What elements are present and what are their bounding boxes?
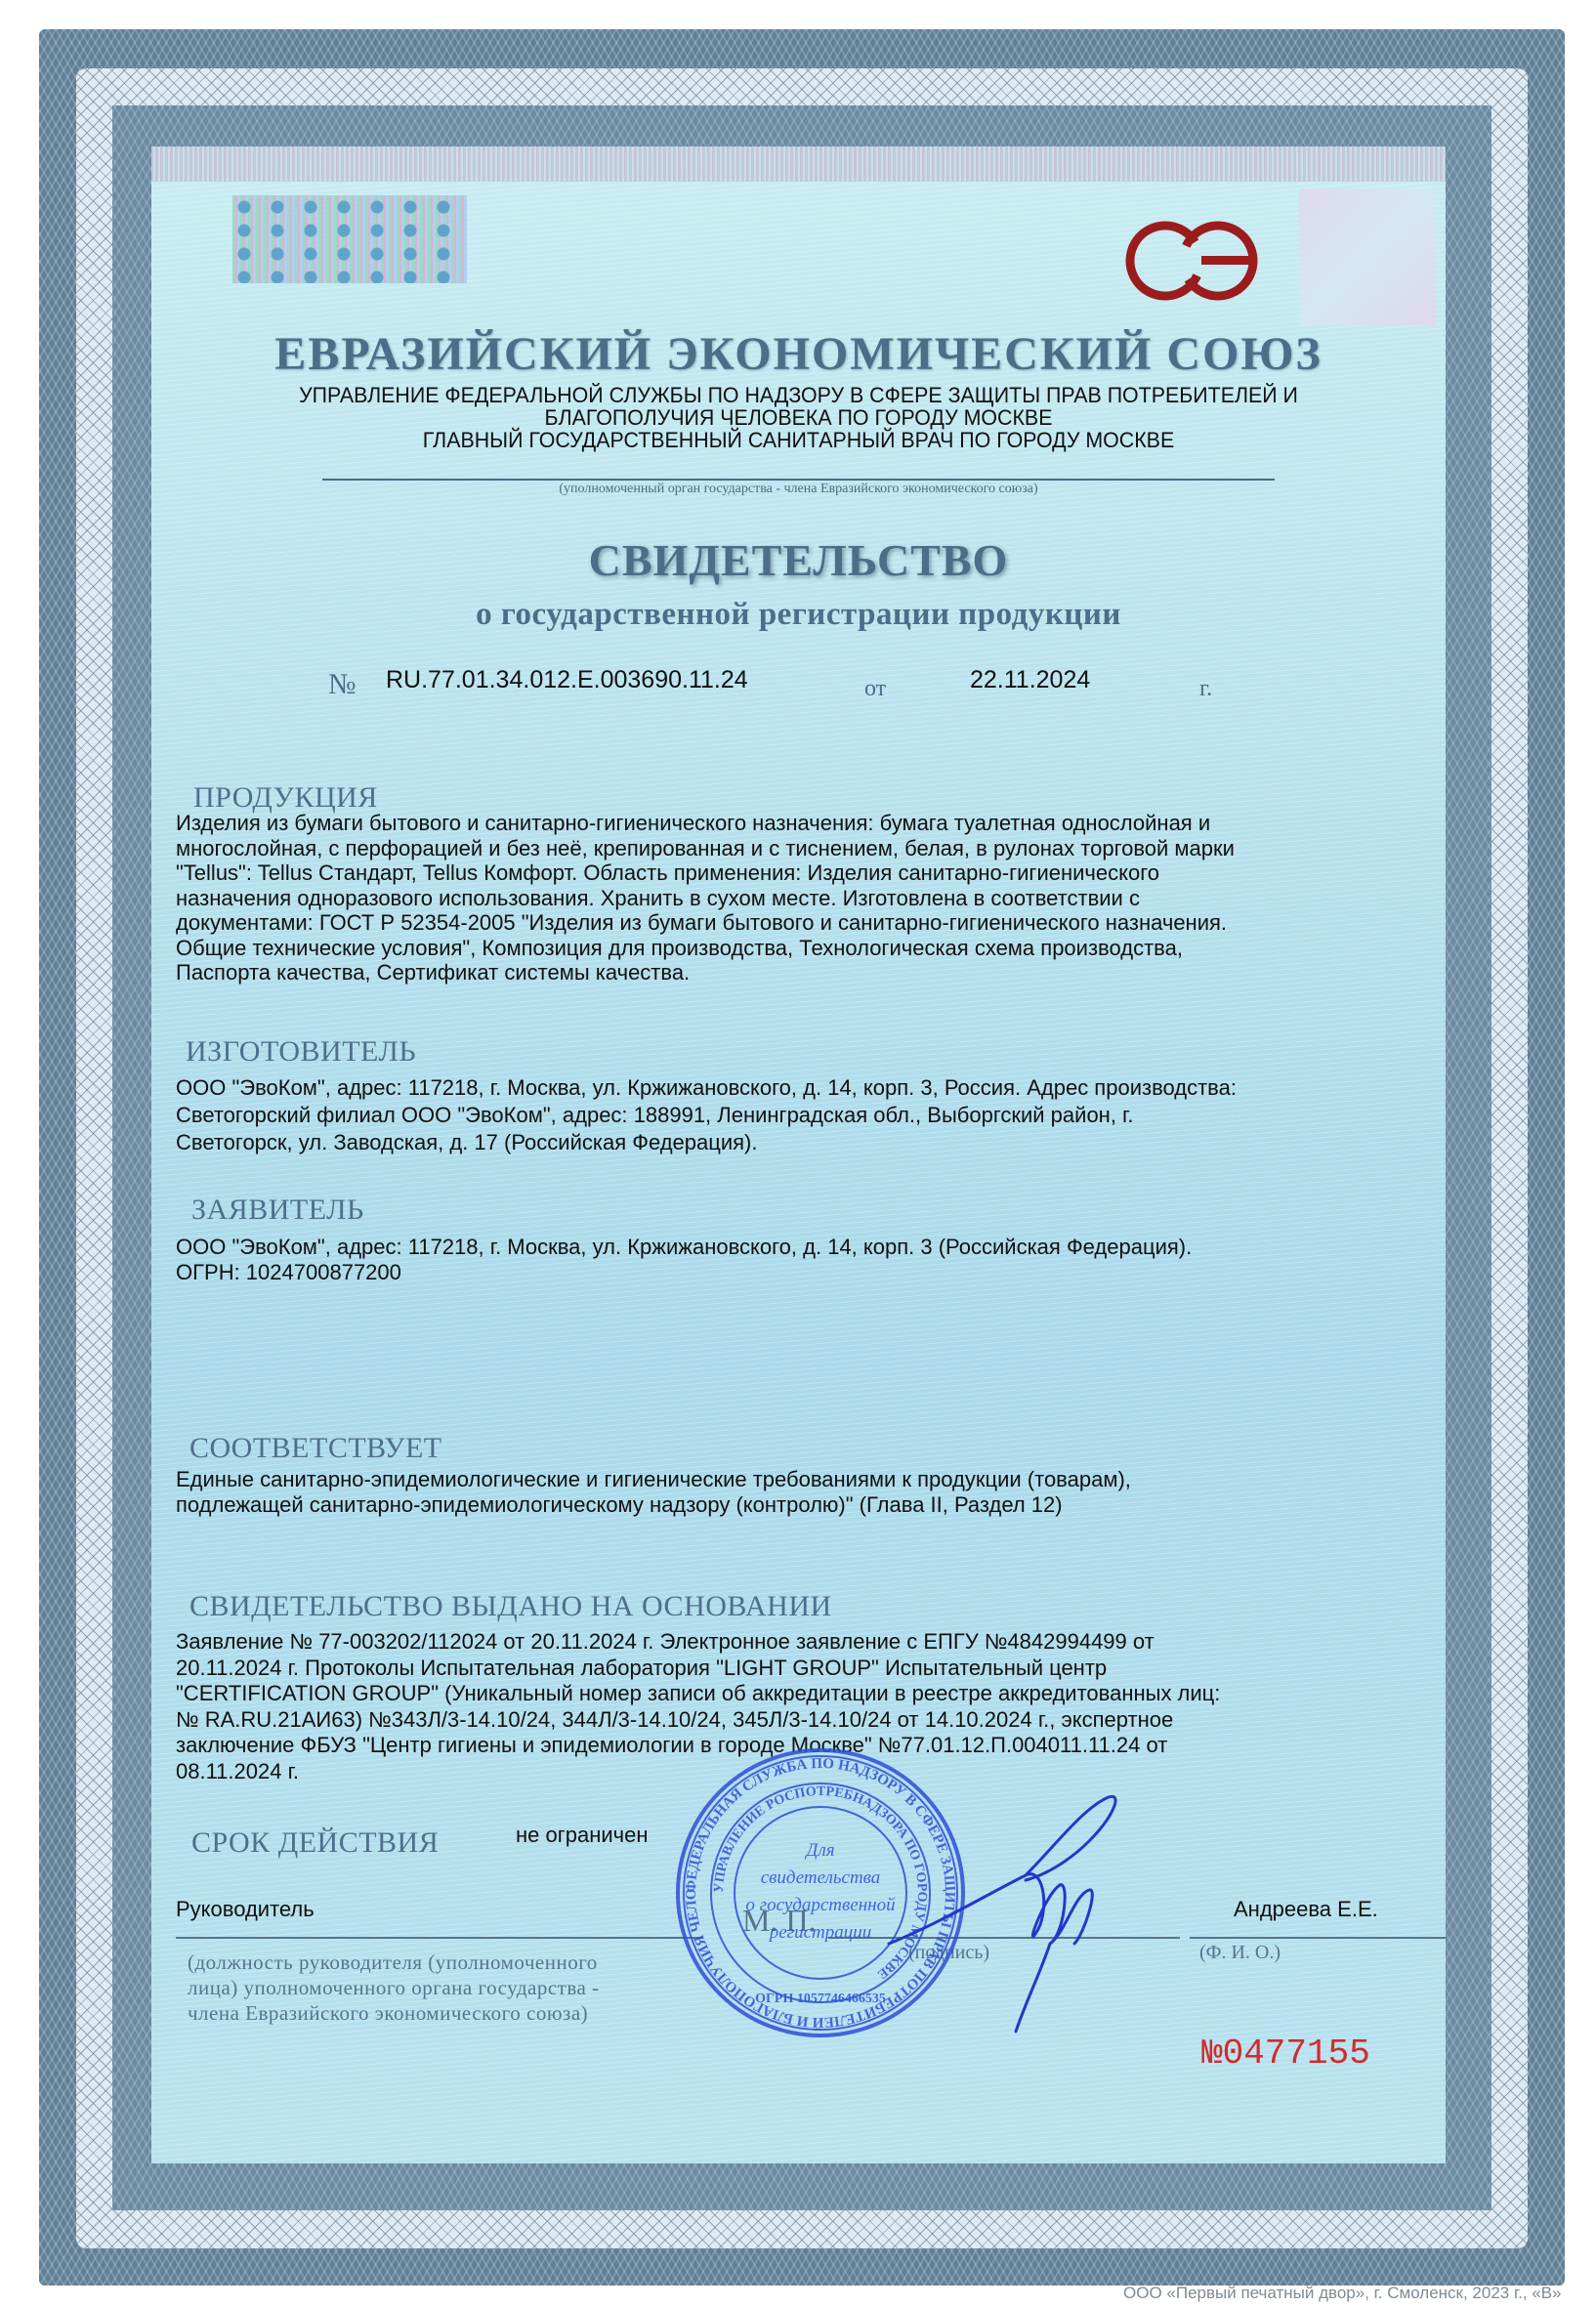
text-line: № RA.RU.21АИ63) №343Л/3-14.10/24, 344Л/3…	[176, 1707, 1436, 1734]
section-title-applicant: ЗАЯВИТЕЛЬ	[191, 1194, 364, 1227]
text-line: ООО "ЭвоКом", адрес: 117218, г. Москва, …	[176, 1074, 1436, 1102]
caption-line: члена Евразийского экономического союза)	[188, 2000, 600, 2026]
text-line: Заявление № 77-003202/112024 от 20.11.20…	[176, 1629, 1436, 1656]
number-sign: №	[328, 668, 357, 701]
section-body-applicant: ООО "ЭвоКом", адрес: 117218, г. Москва, …	[176, 1235, 1436, 1285]
text-line: Единые санитарно-эпидемиологические и ги…	[176, 1467, 1436, 1492]
text-line: "CERTIFICATION GROUP" (Уникальный номер …	[176, 1681, 1436, 1707]
section-title-conforms: СООТВЕТСТВУЕТ	[189, 1432, 442, 1465]
text-line: "Tellus": Tellus Стандарт, Tellus Комфор…	[176, 860, 1436, 886]
section-title-product: ПРОДУКЦИЯ	[193, 781, 378, 815]
position-underline	[176, 1937, 703, 1939]
text-line: многослойная, с перфорацией и без неё, к…	[176, 836, 1436, 861]
date-from-label: от	[864, 676, 886, 702]
watermark-hologram-icon	[1299, 189, 1436, 325]
authority-line: ГЛАВНЫЙ ГОСУДАРСТВЕННЫЙ САНИТАРНЫЙ ВРАЧ …	[184, 429, 1413, 451]
stamp-center-line: свидетельства	[761, 1867, 881, 1888]
eac-logo-icon	[1123, 215, 1260, 308]
hologram-strip	[151, 147, 1446, 182]
section-title-manufacturer: ИЗГОТОВИТЕЛЬ	[186, 1035, 416, 1069]
text-line: назначения одноразового использования. Х…	[176, 886, 1436, 911]
registration-date: 22.11.2024	[970, 666, 1090, 694]
signatory-name: Андреева Е.Е.	[1234, 1897, 1378, 1922]
authority-line: БЛАГОПОЛУЧИЯ ЧЕЛОВЕКА ПО ГОРОДУ МОСКВЕ	[184, 406, 1413, 429]
document-subtitle: о государственной регистрации продукции	[151, 597, 1446, 633]
text-line: документами: ГОСТ Р 52354-2005 "Изделия …	[176, 910, 1436, 936]
text-line: Паспорта качества, Сертификат системы ка…	[176, 960, 1436, 986]
signature-icon	[879, 1787, 1123, 2041]
stamp-center-line: регистрации	[768, 1922, 872, 1943]
text-line: Общие технические условия", Композиция д…	[176, 936, 1436, 961]
position-caption: (должность руководителя (уполномоченного…	[188, 1950, 600, 2026]
text-line: подлежащей санитарно-эпидемиологическому…	[176, 1492, 1436, 1518]
issuing-authority: УПРАВЛЕНИЕ ФЕДЕРАЛЬНОЙ СЛУЖБЫ ПО НАДЗОРУ…	[184, 384, 1413, 451]
document-title: СВИДЕТЕЛЬСТВО	[151, 534, 1446, 586]
authority-line: УПРАВЛЕНИЕ ФЕДЕРАЛЬНОЙ СЛУЖБЫ ПО НАДЗОРУ…	[184, 384, 1413, 406]
name-underline	[1190, 1937, 1446, 1939]
stamp-center-line: Для	[804, 1840, 834, 1861]
text-line: 20.11.2024 г. Протоколы Испытательная ла…	[176, 1656, 1436, 1682]
form-serial-number: №0477155	[1201, 2034, 1370, 2074]
text-line: Светогорский филиал ООО "ЭвоКом", адрес:…	[176, 1102, 1436, 1129]
name-caption: (Ф. И. О.)	[1199, 1942, 1281, 1964]
authority-caption: (уполномоченный орган государства - член…	[151, 482, 1446, 497]
signatory-position: Руководитель	[176, 1897, 315, 1922]
section-body-manufacturer: ООО "ЭвоКом", адрес: 117218, г. Москва, …	[176, 1074, 1436, 1156]
text-line: Изделия из бумаги бытового и санитарно-г…	[176, 811, 1436, 836]
union-title: ЕВРАЗИЙСКИЙ ЭКОНОМИЧЕСКИЙ СОЮЗ	[151, 327, 1446, 381]
hologram-icon	[232, 195, 467, 283]
year-suffix: г.	[1199, 676, 1212, 702]
caption-line: лица) уполномоченного органа государства…	[188, 1975, 600, 2000]
text-line: ОГРН: 1024700877200	[176, 1260, 1436, 1285]
stamp-center-line: о государственной	[745, 1895, 896, 1915]
text-line: Светогорск, ул. Заводская, д. 17 (Россий…	[176, 1129, 1436, 1156]
registration-number: RU.77.01.34.012.E.003690.11.24	[386, 666, 748, 694]
section-title-basis: СВИДЕТЕЛЬСТВО ВЫДАНО НА ОСНОВАНИИ	[189, 1590, 832, 1623]
stamp-ogrn-text: ОГРН 1057746466535	[755, 1992, 886, 2006]
validity-value: не ограничен	[516, 1823, 649, 1848]
printer-imprint: ООО «Первый печатный двор», г. Смоленск,…	[1123, 2284, 1562, 2303]
caption-line: (должность руководителя (уполномоченного	[188, 1950, 600, 1975]
section-title-validity: СРОК ДЕЙСТВИЯ	[191, 1826, 439, 1860]
section-body-product: Изделия из бумаги бытового и санитарно-г…	[176, 811, 1436, 986]
text-line: ООО "ЭвоКом", адрес: 117218, г. Москва, …	[176, 1235, 1436, 1260]
authority-underline	[322, 479, 1275, 481]
section-body-conforms: Единые санитарно-эпидемиологические и ги…	[176, 1467, 1436, 1518]
